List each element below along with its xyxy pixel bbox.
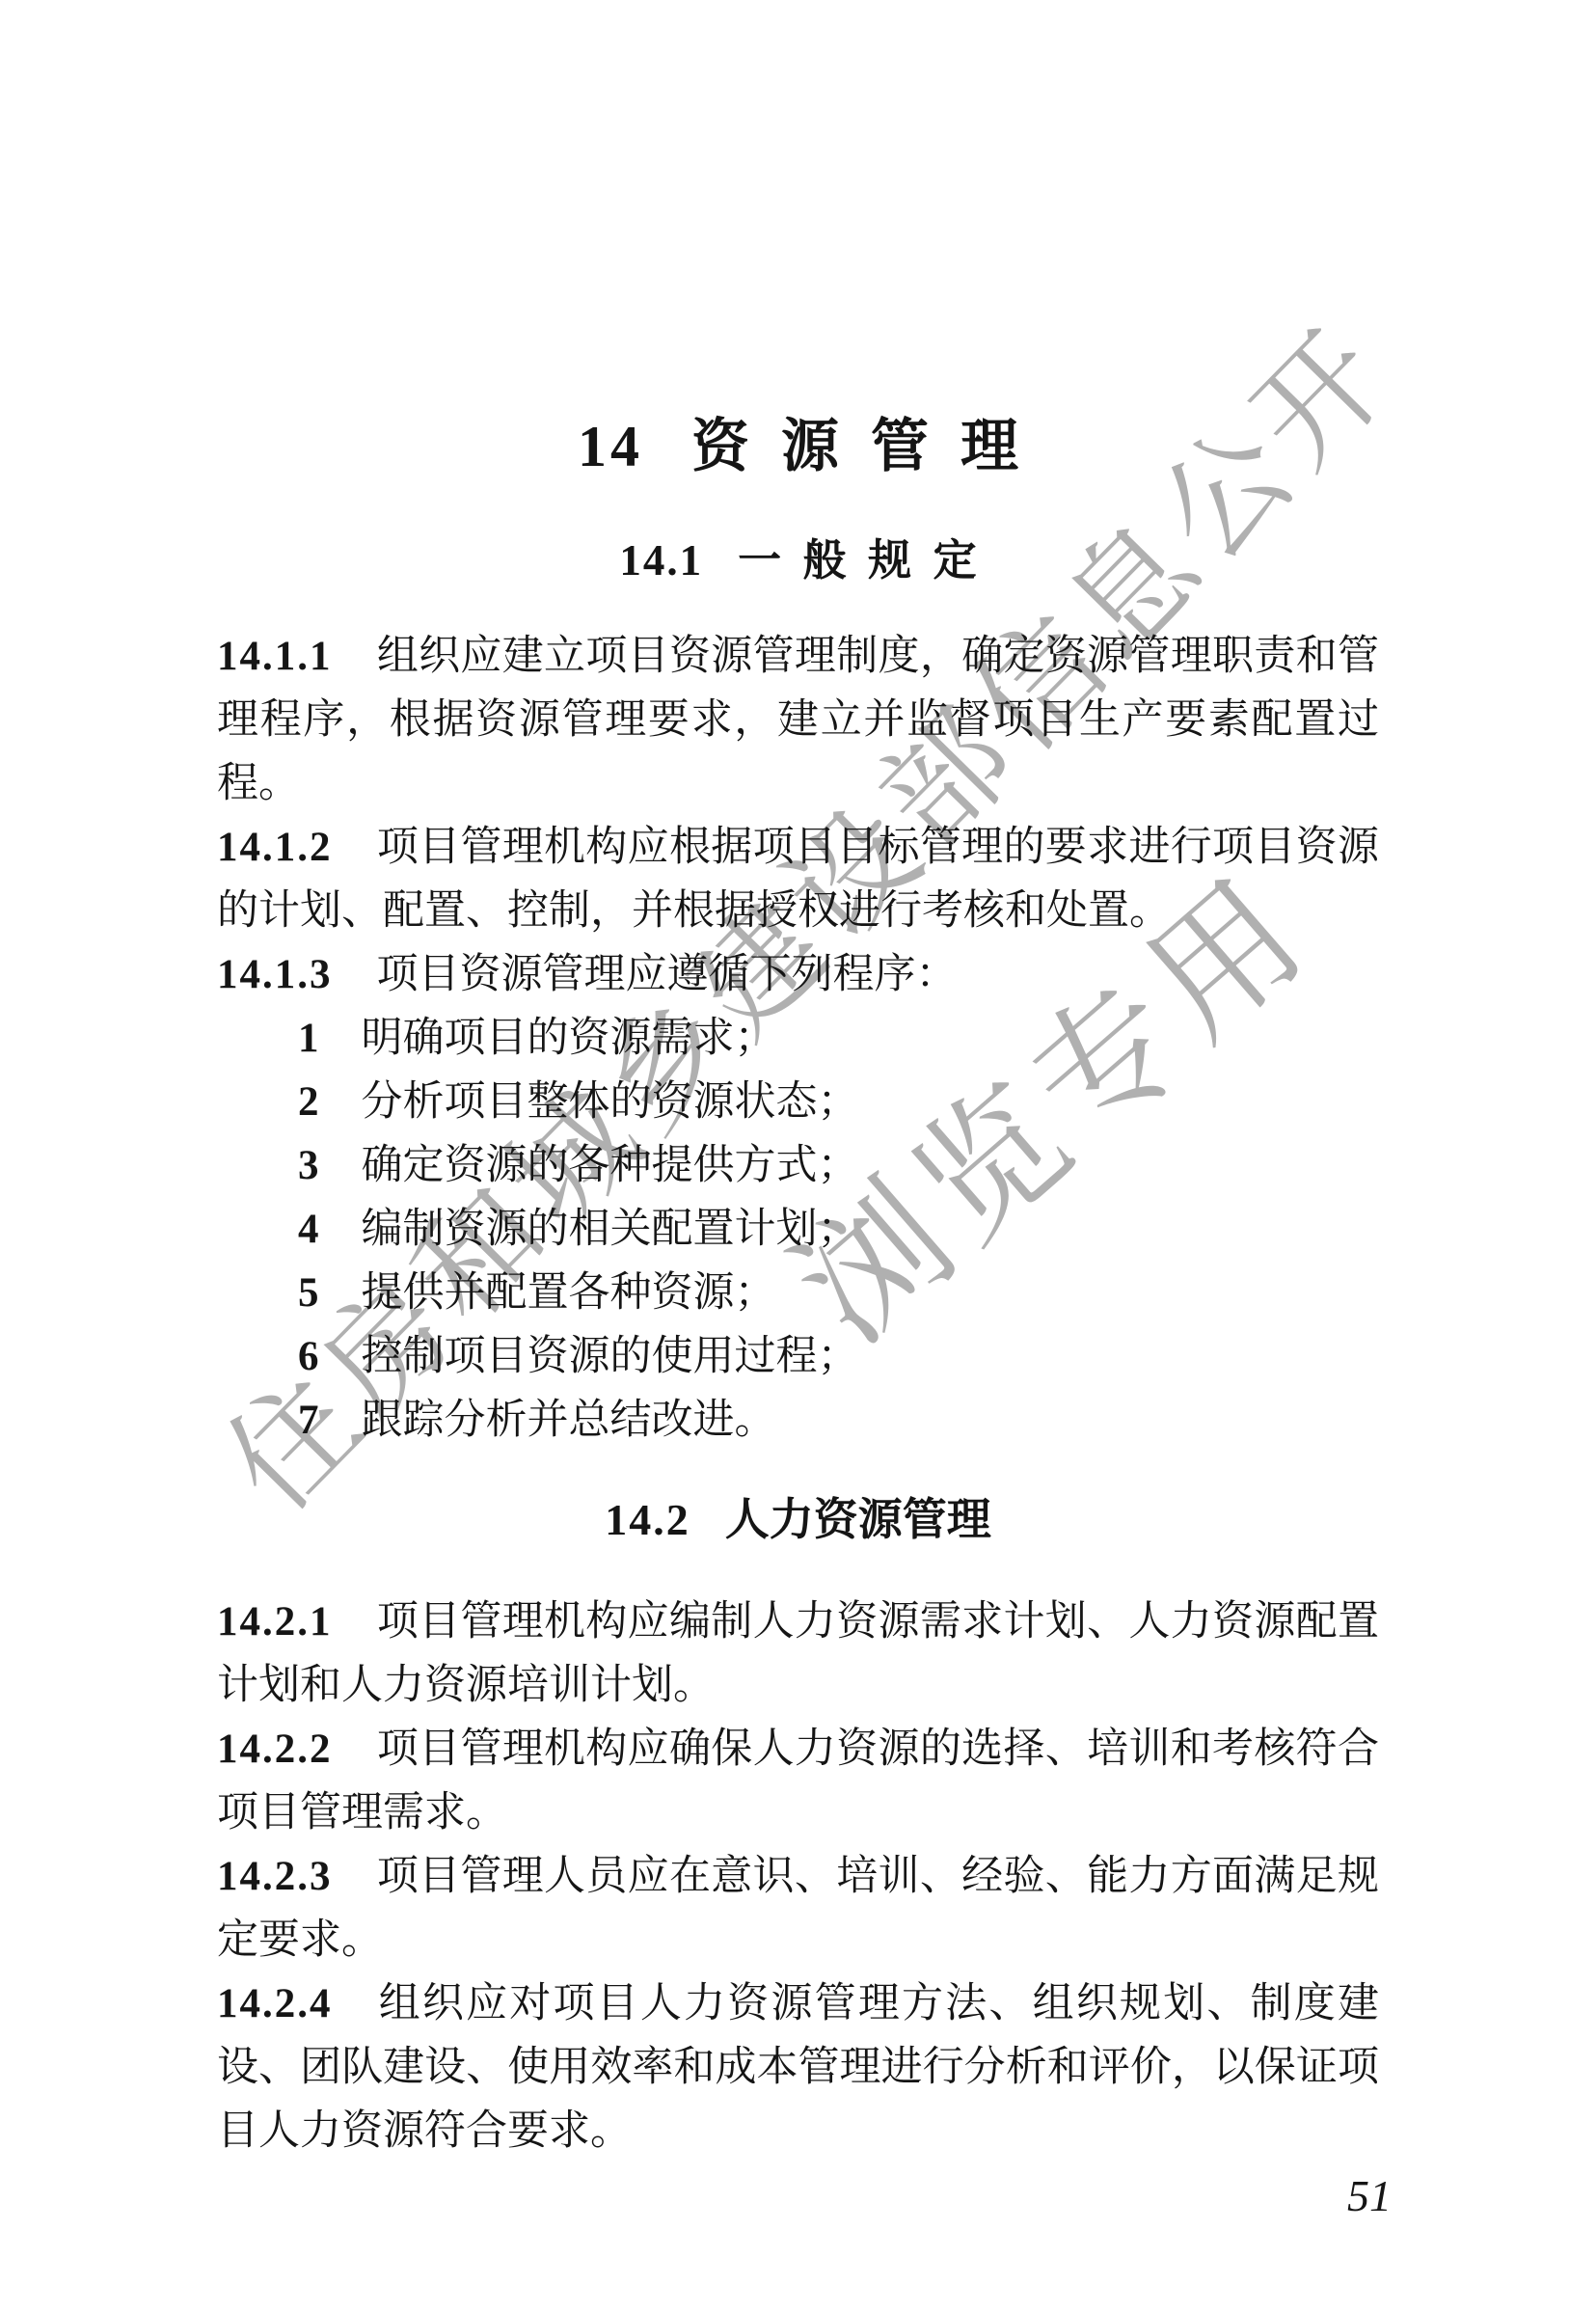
clause-number: 14.1.2 [217,825,333,870]
section-title: 一般规定 [738,536,998,585]
clause-14-1-2: 14.1.2项目管理机构应根据项目目标管理的要求进行项目资源的计划、配置、控制，… [217,816,1379,943]
item-text: 分析项目整体的资源状态； [362,1079,859,1125]
clause-14-2-2: 14.2.2项目管理机构应确保人力资源的选择、培训和考核符合项目管理需求。 [217,1718,1379,1845]
document-page: 住房和城乡建设部信息公开 浏览专用 14资源管理 14.1一般规定 14.1.1… [0,0,1596,2311]
item-text: 明确项目的资源需求； [362,1016,776,1061]
item-text: 确定资源的各种提供方式； [362,1143,859,1188]
item-number: 1 [298,1016,319,1061]
clause-text: 项目管理机构应根据项目目标管理的要求进行项目资源的计划、配置、控制，并根据授权进… [217,825,1379,934]
clause-text: 项目资源管理应遵循下列程序： [377,952,958,997]
chapter-heading: 14资源管理 [217,405,1379,488]
chapter-title: 资源管理 [691,415,1050,478]
item-text: 编制资源的相关配置计划； [362,1207,859,1252]
procedure-item-1: 1明确项目的资源需求； [217,1007,1379,1071]
item-text: 跟踪分析并总结改进。 [362,1398,776,1443]
section-title: 人力资源管理 [725,1494,991,1544]
procedure-item-6: 6控制项目资源的使用过程； [217,1325,1379,1389]
item-number: 6 [298,1334,319,1379]
procedure-item-4: 4编制资源的相关配置计划； [217,1198,1379,1262]
clause-text: 项目管理机构应确保人力资源的选择、培训和考核符合项目管理需求。 [217,1726,1379,1835]
item-text: 控制项目资源的使用过程； [362,1334,859,1379]
clause-number: 14.1.1 [217,634,333,679]
clause-text: 组织应建立项目资源管理制度，确定资源管理职责和管理程序，根据资源管理要求，建立并… [217,634,1379,806]
clause-text: 组织应对项目人力资源管理方法、组织规划、制度建设、团队建设、使用效率和成本管理进… [217,1981,1379,2154]
clause-14-2-3: 14.2.3项目管理人员应在意识、培训、经验、能力方面满足规定要求。 [217,1845,1379,1972]
item-number: 5 [298,1270,319,1316]
item-number: 3 [298,1143,319,1188]
clause-14-2-1: 14.2.1项目管理机构应编制人力资源需求计划、人力资源配置计划和人力资源培训计… [217,1591,1379,1718]
clause-number: 14.2.4 [217,1981,333,2026]
page-number: 51 [1347,2170,1392,2221]
clause-number: 14.2.1 [217,1599,333,1645]
item-number: 7 [298,1398,319,1443]
item-number: 4 [298,1207,319,1252]
clause-number: 14.2.3 [217,1854,333,1899]
clause-text: 项目管理人员应在意识、培训、经验、能力方面满足规定要求。 [217,1854,1379,1963]
chapter-number: 14 [578,415,643,478]
section-heading-14-2: 14.2人力资源管理 [217,1491,1379,1548]
clause-14-2-4: 14.2.4组织应对项目人力资源管理方法、组织规划、制度建设、团队建设、使用效率… [217,1972,1379,2163]
item-text: 提供并配置各种资源； [362,1270,776,1316]
clause-14-1-1: 14.1.1组织应建立项目资源管理制度，确定资源管理职责和管理程序，根据资源管理… [217,625,1379,816]
section-number: 14.2 [605,1495,690,1544]
procedure-item-3: 3确定资源的各种提供方式； [217,1134,1379,1198]
clause-14-1-3: 14.1.3项目资源管理应遵循下列程序： [217,943,1379,1007]
clause-text: 项目管理机构应编制人力资源需求计划、人力资源配置计划和人力资源培训计划。 [217,1599,1379,1708]
procedure-item-7: 7跟踪分析并总结改进。 [217,1389,1379,1453]
clause-number: 14.2.2 [217,1726,333,1772]
section-number: 14.1 [619,536,703,585]
procedure-item-2: 2分析项目整体的资源状态； [217,1071,1379,1134]
page-content: 14资源管理 14.1一般规定 14.1.1组织应建立项目资源管理制度，确定资源… [217,0,1379,2163]
procedure-item-5: 5提供并配置各种资源； [217,1262,1379,1325]
section-heading-14-1: 14.1一般规定 [217,532,1379,588]
clause-number: 14.1.3 [217,952,333,997]
item-number: 2 [298,1079,319,1125]
